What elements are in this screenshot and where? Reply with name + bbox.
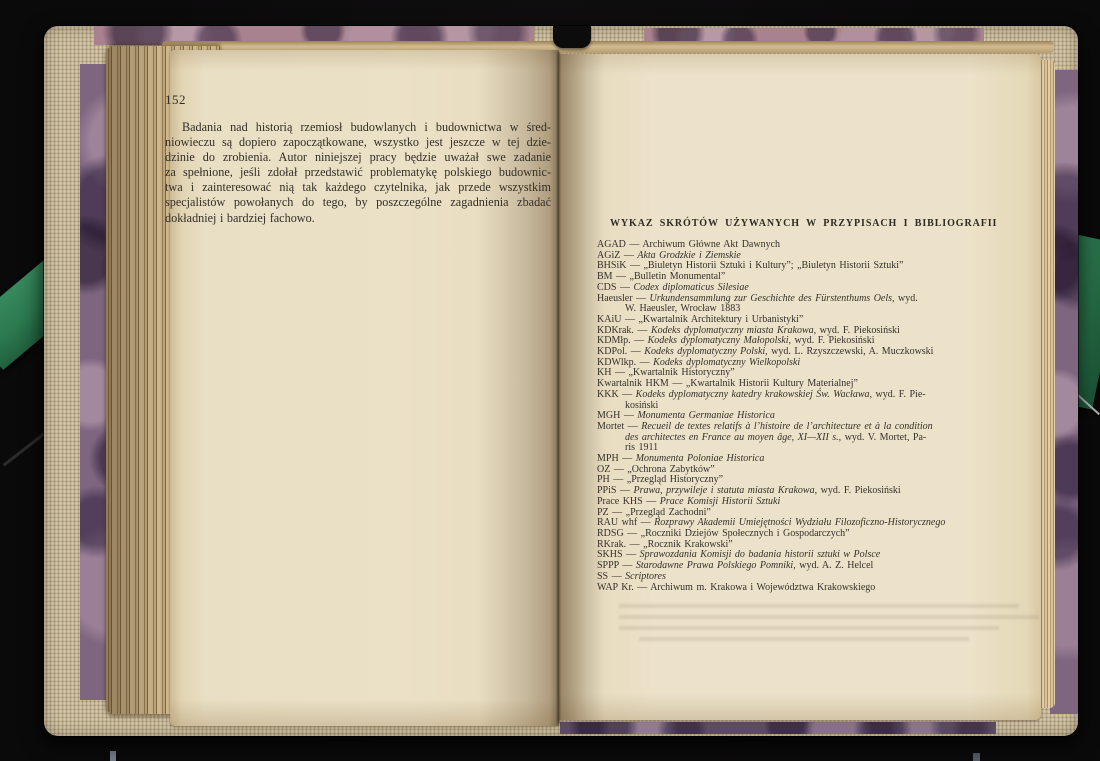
spine-fold-line [556,52,561,724]
paragraph-line: Badania nad historią rzemiosł budowlanyc… [165,120,551,135]
paragraph-line: niowieczu są dopiero zapoczątkowane, wsz… [165,135,551,150]
abbreviation-entry: Haeusler — Urkundensammlung zur Geschich… [597,294,1021,315]
print-showthrough [619,626,999,630]
open-book: 152 Badania nad historią rzemiosł budowl… [44,26,1078,736]
paragraph-line: za spełnione, jeśli zdołał przedstawić p… [165,165,551,180]
print-showthrough [619,615,1039,619]
paragraph-line: specjalistów powołanych do tego, by posz… [165,195,551,210]
page-number: 152 [165,92,186,108]
abbreviation-list: AGAD — Archiwum Główne Akt DawnychAGiZ —… [597,240,1021,593]
abbreviation-entry: WAP Kr. — Archiwum m. Krakowa i Wojewódz… [597,583,1021,594]
print-showthrough [619,604,1019,608]
spine-top-notch [553,26,591,48]
paragraph-line: dzinie do zrobienia. Autor niniejszej pr… [165,150,551,165]
body-paragraph: Badania nad historią rzemiosł budowlanyc… [165,120,551,226]
marbled-cover-bottom-edge [560,722,996,734]
scanned-book-photo: { "scene": { "background_color": "#0b0a0… [0,0,1100,761]
page-edges-right [1039,60,1055,708]
paragraph-line: dokładniej i bardziej fachowo. [165,211,551,226]
abbreviation-entry: Mortet — Recueil de textes relatifs à l’… [597,422,1021,454]
paragraph-line: twa i zainteresować nią tak każdego czyt… [165,180,551,195]
print-showthrough [639,637,969,641]
abbreviations-heading: WYKAZ SKRÓTÓW UŻYWANYCH W PRZYPISACH I B… [610,218,997,229]
scale-tick-right [973,753,980,761]
scale-tick-left [110,751,116,761]
abbreviation-entry: KKK — Kodeks dyplomatyczny katedry krako… [597,390,1021,411]
